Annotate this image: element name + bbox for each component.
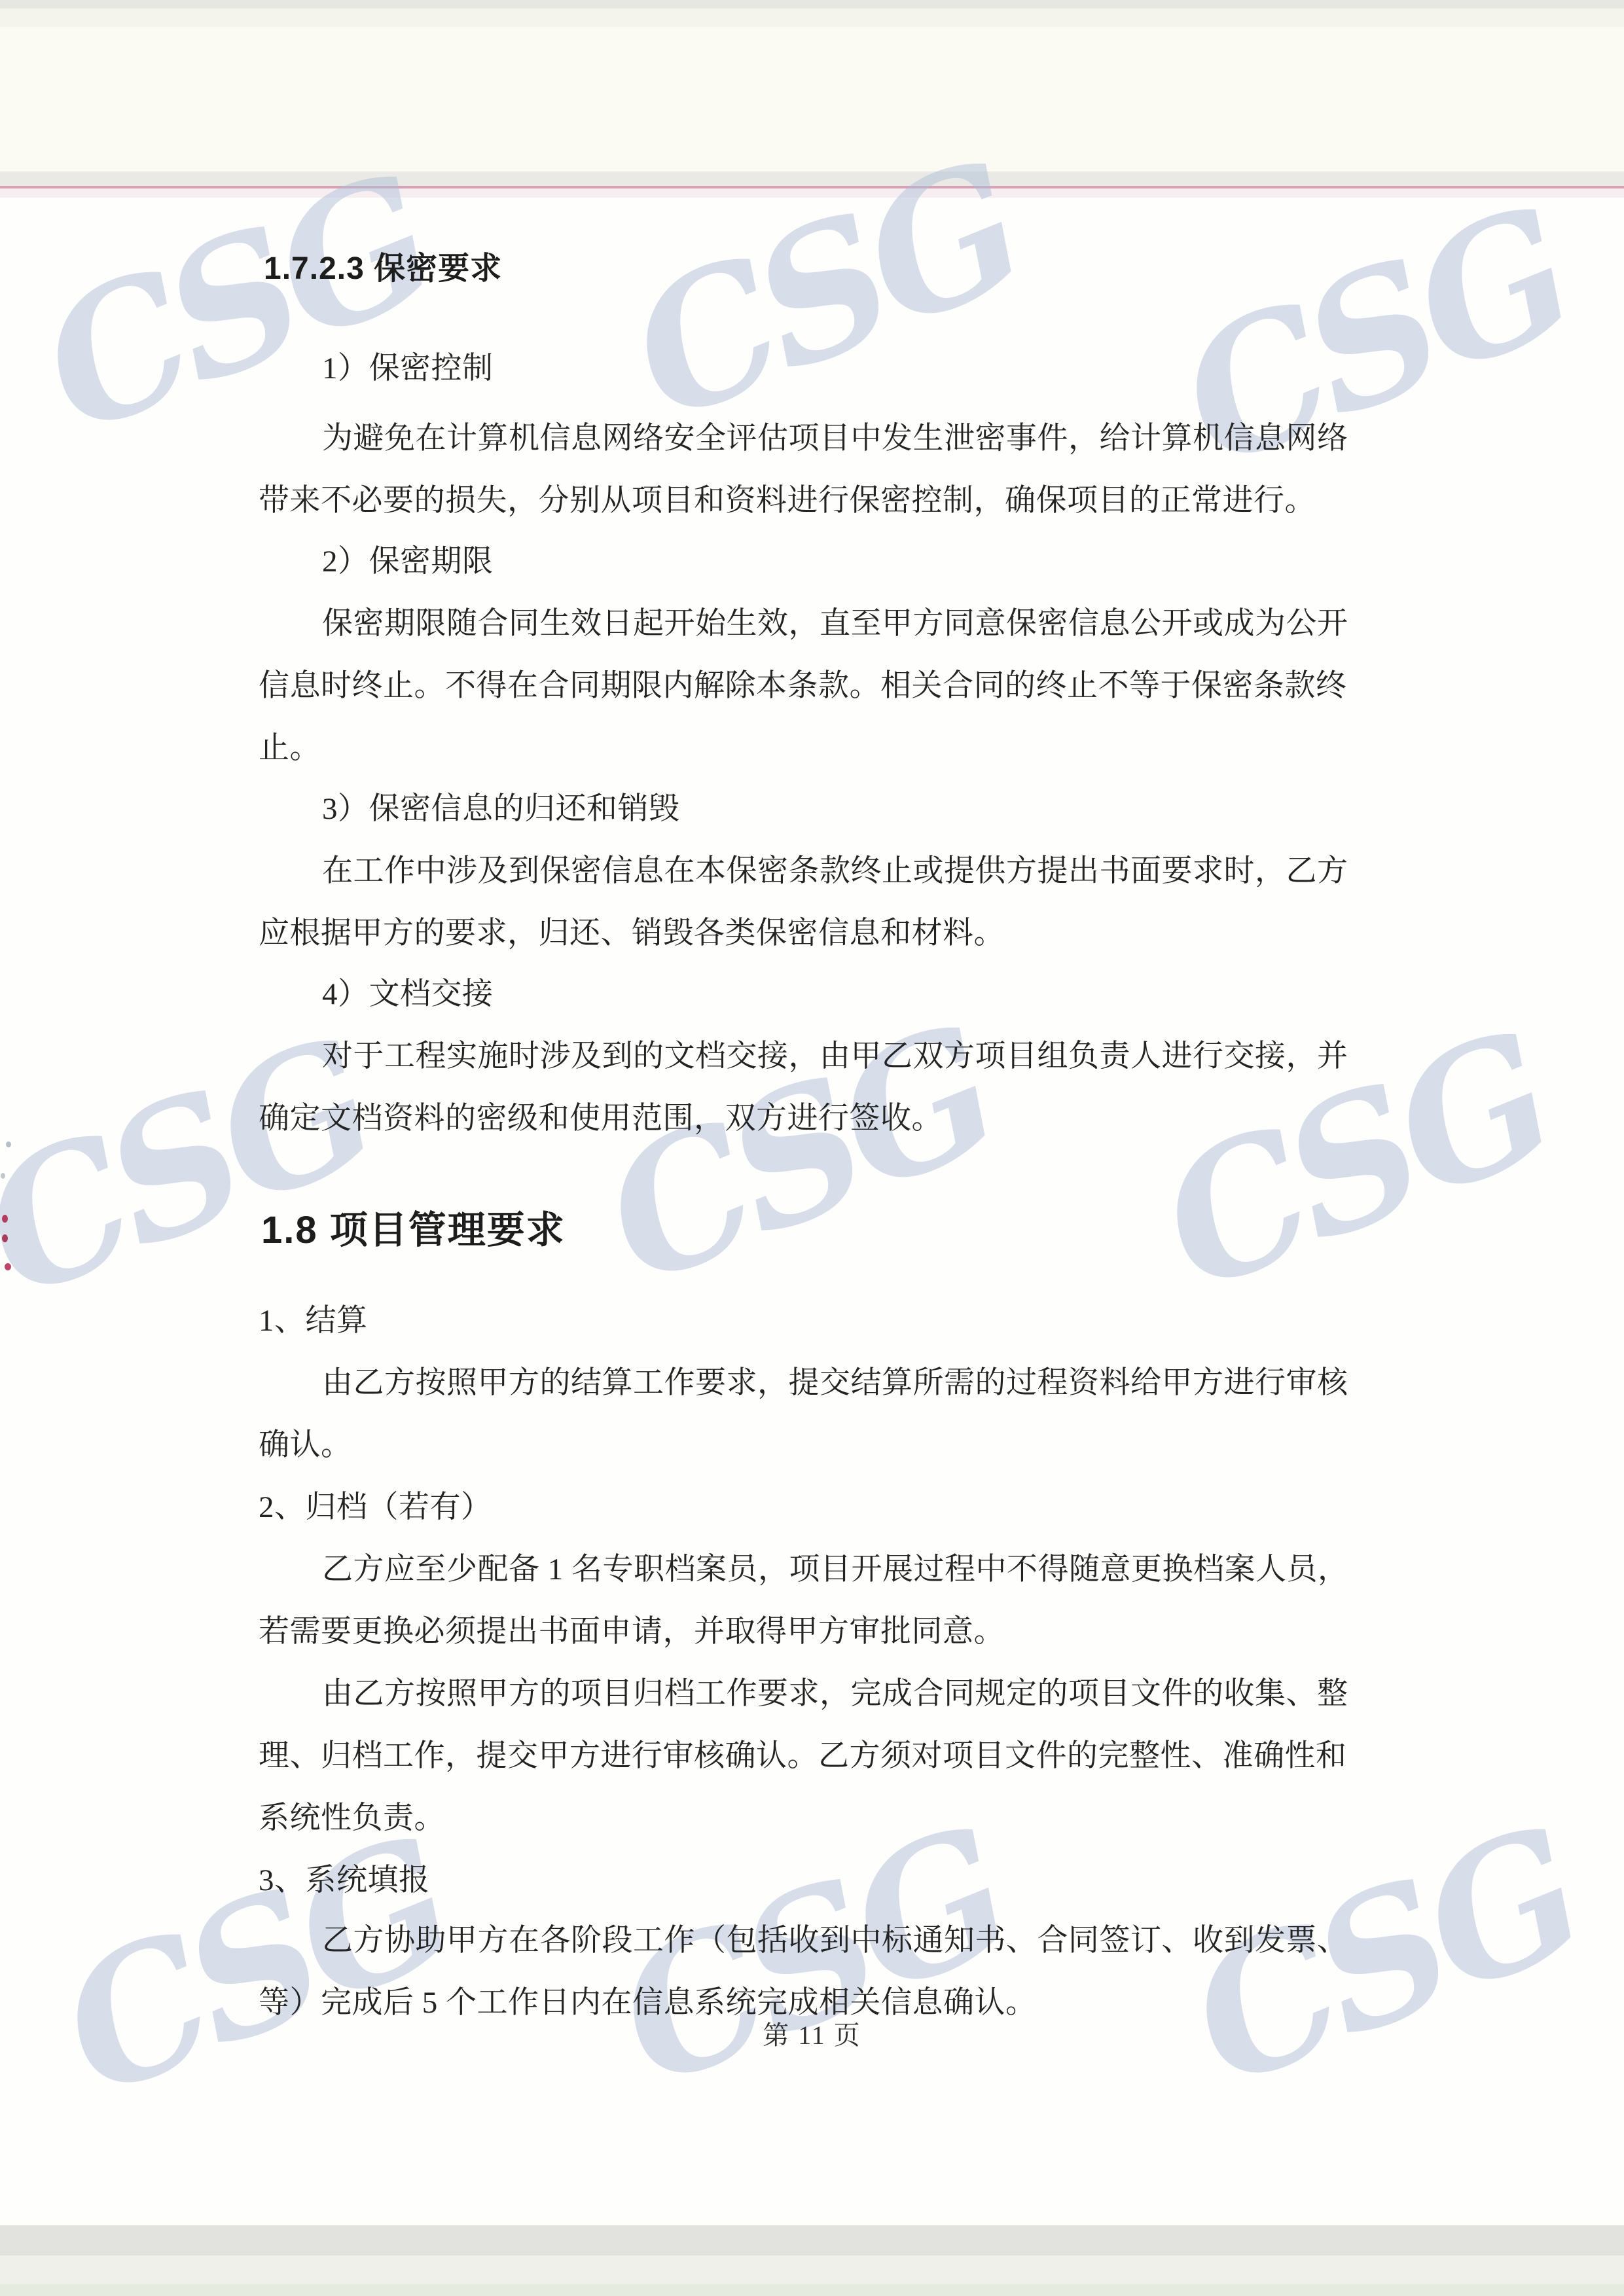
- doc-line: 确定文档资料的密级和使用范围，双方进行签收。: [259, 1099, 943, 1138]
- section-heading-1-7-2-3: 1.7.2.3 保密要求: [264, 249, 502, 289]
- doc-line: 为避免在计算机信息网络安全评估项目中发生泄密事件，给计算机信息网络: [322, 419, 1348, 458]
- scan-bottom-fade-band: [0, 2255, 1624, 2284]
- doc-line-item-1: 1、结算: [259, 1301, 368, 1340]
- doc-line: 乙方应至少配备 1 名专职档案员，项目开展过程中不得随意更换档案人员，: [322, 1550, 1349, 1589]
- doc-line: 信息时终止。不得在合同期限内解除本条款。相关合同的终止不等于保密条款终: [259, 666, 1347, 706]
- red-margin-mark: [2, 1234, 8, 1242]
- red-margin-mark: [5, 1263, 11, 1270]
- page-number-footer: 第 11 页: [0, 2015, 1624, 2052]
- doc-line: 在工作中涉及到保密信息在本保密条款终止或提供方提出书面要求时，乙方: [322, 852, 1348, 891]
- scan-top-edge-band: [0, 0, 1624, 9]
- scan-top-cream-band: [0, 27, 1624, 171]
- scan-gray-texture-band: [0, 171, 1624, 186]
- doc-line: 带来不必要的损失，分别从项目和资料进行保密控制，确保项目的正常进行。: [259, 481, 1316, 520]
- scanned-document-page: { "page": { "watermark": "CSG", "footer"…: [0, 0, 1624, 2296]
- scan-top-fade-band: [0, 9, 1624, 27]
- doc-line: 对于工程实施时涉及到的文档交接，由甲乙双方项目组负责人进行交接，并: [322, 1037, 1348, 1076]
- gray-scan-speck: [1, 1173, 5, 1179]
- csg-watermark: CSG: [40, 1812, 469, 2123]
- doc-line: 止。: [259, 728, 321, 768]
- doc-line: 由乙方按照甲方的结算工作要求，提交结算所需的过程资料给甲方进行审核: [322, 1363, 1348, 1403]
- doc-line: 保密期限随合同生效日起开始生效，直至甲方同意保密信息公开或成为公开: [322, 604, 1348, 643]
- doc-line: 理、归档工作，提交甲方进行审核确认。乙方须对项目文件的完整性、准确性和: [259, 1736, 1347, 1776]
- section-heading-1-8: 1.8 项目管理要求: [261, 1199, 566, 1262]
- scan-bottom-band: [0, 2225, 1624, 2255]
- doc-line-subitem-4: 4）文档交接: [322, 975, 494, 1014]
- doc-line: 乙方协助甲方在各阶段工作（包括收到中标通知书、合同签订、收到发票、: [322, 1921, 1348, 1960]
- scan-bottom-edge-band: [0, 2284, 1624, 2296]
- doc-line: 确认。: [259, 1426, 352, 1465]
- doc-line: 若需要更换必须提出书面申请，并取得甲方审批同意。: [259, 1612, 1005, 1651]
- doc-line-item-3: 3、系统填报: [259, 1861, 430, 1900]
- pink-rule-wash: [0, 188, 1624, 198]
- doc-line-subitem-1: 1）保密控制: [322, 349, 494, 388]
- doc-line-subitem-3: 3）保密信息的归还和销毁: [322, 789, 680, 829]
- gray-scan-speck: [6, 1141, 11, 1147]
- doc-line: 系统性负责。: [259, 1799, 445, 1838]
- red-margin-mark: [2, 1215, 8, 1223]
- doc-line-subitem-2: 2）保密期限: [322, 542, 494, 581]
- doc-line: 由乙方按照甲方的项目归档工作要求，完成合同规定的项目文件的收集、整: [322, 1674, 1348, 1713]
- doc-line: 应根据甲方的要求，归还、销毁各类保密信息和材料。: [259, 914, 1005, 953]
- doc-line-item-2: 2、归档（若有）: [259, 1488, 492, 1527]
